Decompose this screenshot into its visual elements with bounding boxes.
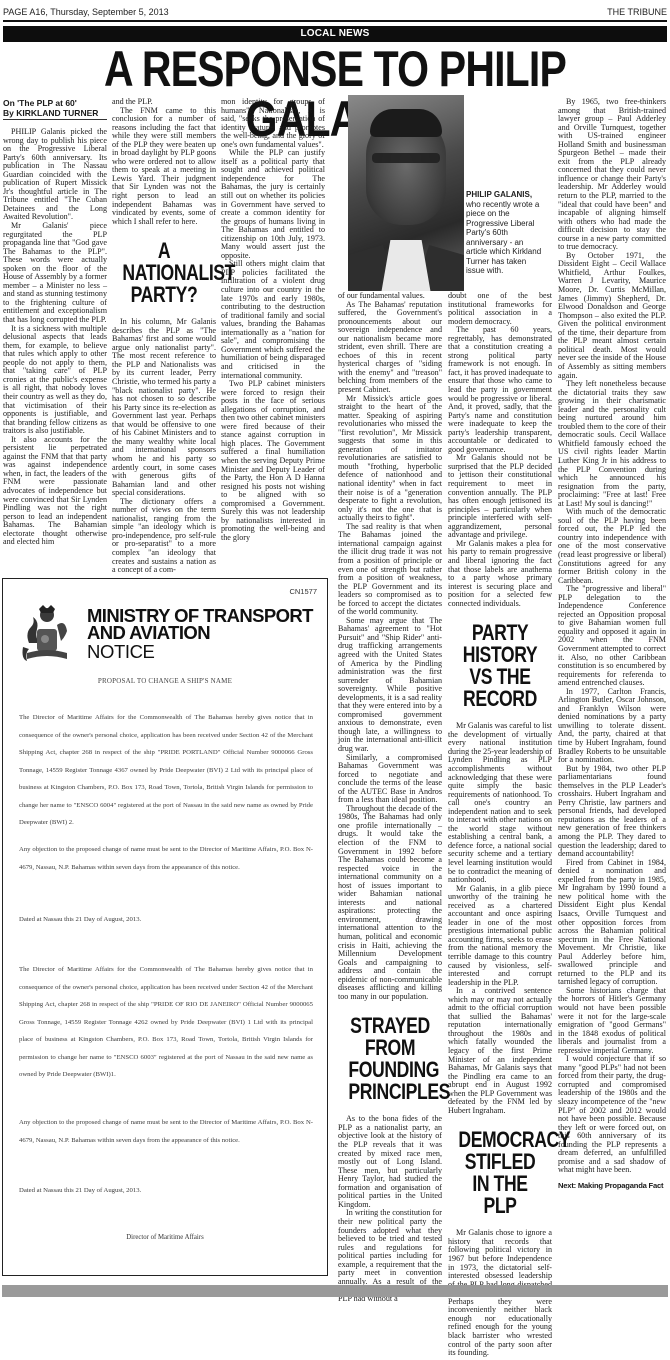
notice-paragraph-1: The Director of Maritime Affairs for the… <box>19 709 313 832</box>
objection-paragraph-1: Any objection to the proposed change of … <box>19 841 313 876</box>
article-column-3: mon identity for groups of humans". Nati… <box>221 98 325 576</box>
paragraph: The FNM came to this conclusion for a nu… <box>112 107 216 227</box>
paragraph: By October 1971, the Dissident Eight – C… <box>558 252 666 380</box>
next-article-teaser: Next: Making Propaganda Fact <box>558 1181 666 1191</box>
paragraph: Throughout the decade of the 1980s, The … <box>338 805 442 1002</box>
article-column-5: doubt one of the best institutional fram… <box>448 292 552 1358</box>
paragraph: mon identity for groups of humans". Nati… <box>221 98 325 149</box>
paragraph: The "progressive and liberal" PLP delega… <box>558 585 666 688</box>
caption-name: PHILIP GALANIS, <box>466 190 532 199</box>
paragraph: Fired from Cabinet in 1984, denied a nom… <box>558 859 666 987</box>
caption-text: who recently wrote a piece on the Progre… <box>466 200 541 276</box>
bahamas-coat-of-arms-icon <box>21 603 71 665</box>
section-label: LOCAL NEWS <box>3 26 667 42</box>
objection-paragraph-2: Any objection to the proposed change of … <box>19 1114 313 1149</box>
notice-signature: Director of Maritime Affairs <box>3 1234 327 1241</box>
photo-hair <box>370 109 442 137</box>
page-footer-band <box>2 1285 668 1297</box>
paragraph: With much of the democratic soul of the … <box>558 508 666 585</box>
paragraph: In a contrived sentence which may or may… <box>448 987 552 1115</box>
photo-shirt <box>380 240 432 291</box>
paragraph: Mr Galanis' piece regurgitated the PLP p… <box>3 222 107 325</box>
subhead-democracy-stifled: DEMOCRACY STIFLED IN THE PLP <box>458 1129 541 1217</box>
photo-glasses <box>372 153 440 163</box>
paragraph: Some historians charge that the horrors … <box>558 987 666 1055</box>
paragraph: They left nonetheless because the dictat… <box>558 380 666 508</box>
dated-line-2: Dated at Nassau this 21 Day of August, 2… <box>19 1182 313 1200</box>
paragraph: The past 60 years, regrettably, has demo… <box>448 326 552 454</box>
newspaper-name: THE TRIBUNE <box>607 7 667 17</box>
paragraph: Two PLP cabinet ministers were forced to… <box>221 380 325 542</box>
subhead-strayed-from-founding-principles: STRAYED FROM FOUNDING PRINCIPLES <box>348 1015 431 1103</box>
paragraph: In his column, Mr Galanis describes the … <box>112 318 216 497</box>
advert-code: CN1577 <box>289 587 317 596</box>
paragraph: Mr Galanis, in a glib piece unworthy of … <box>448 885 552 988</box>
paragraph: But by 1984, two other PLP parliamentari… <box>558 765 666 859</box>
ministry-name-line-2: AND AVIATION <box>87 624 313 641</box>
notice-title: NOTICE <box>87 643 155 661</box>
notice-subject: PROPOSAL TO CHANGE A SHIP'S NAME <box>3 677 327 685</box>
article-byline: By KIRKLAND TURNER <box>3 108 107 120</box>
top-rule <box>3 20 667 22</box>
article-column-2: and the PLP. The FNM came to this conclu… <box>112 98 216 575</box>
article-kicker: On 'The PLP at 60' <box>3 98 107 108</box>
paragraph: Some may argue that The Bahamas' agreeme… <box>338 617 442 754</box>
paragraph: doubt one of the best institutional fram… <box>448 292 552 326</box>
paragraph: It also accounts for the persistent lie … <box>3 436 107 547</box>
ministry-name: MINISTRY OF TRANSPORT AND AVIATION <box>87 607 313 641</box>
notice-paragraph-2: The Director of Maritime Affairs for the… <box>19 961 313 1084</box>
paragraph: I would conjecture that if so many "good… <box>558 1055 666 1175</box>
paragraph: PHILIP Galanis picked the wrong day to p… <box>3 128 107 222</box>
paragraph: As The Bahamas' reputation suffered, the… <box>338 301 442 395</box>
paragraph: By 1965, two free-thinkers among that Br… <box>558 98 666 252</box>
paragraph: Mr Missick's article goes straight to th… <box>338 395 442 523</box>
ministry-notice-advert: CN1577 MINISTRY OF TRANSPORT AND AVIATIO… <box>2 578 328 1276</box>
paragraph: The sad reality is that when The Bahamas… <box>338 523 442 617</box>
portrait-photo <box>348 95 464 291</box>
paragraph: Mr Galanis should not be surprised that … <box>448 454 552 539</box>
paragraph: As to the bona fides of the PLP as a nat… <box>338 1115 442 1209</box>
paragraph: Similarly, a compromised Bahamas Governm… <box>338 754 442 805</box>
article-column-1: On 'The PLP at 60' By KIRKLAND TURNER PH… <box>3 98 107 547</box>
paragraph: Mr Galanis makes a plea for his party to… <box>448 540 552 608</box>
dated-line-1: Dated at Nassau this 21 Day of August, 2… <box>19 911 313 929</box>
paragraph: Mr Galanis was careful to list the devel… <box>448 722 552 884</box>
paragraph: The dictionary offers a number of views … <box>112 498 216 575</box>
subhead-nationalist-party: A NATIONALIST PARTY? <box>122 240 205 306</box>
subhead-party-history: PARTY HISTORY VS THE RECORD <box>458 622 541 710</box>
paragraph: It is a sickness with multiple delusiona… <box>3 325 107 436</box>
paragraph: Still others might claim that PLP polici… <box>221 260 325 380</box>
article-column-6: By 1965, two free-thinkers among that Br… <box>558 98 666 1191</box>
photo-caption: PHILIP GALANIS, who recently wrote a pie… <box>466 190 542 276</box>
paragraph: In 1977, Carlton Francis, Arlington Butl… <box>558 688 666 765</box>
paragraph: While the PLP can justify itself as a po… <box>221 149 325 260</box>
article-column-4: of our fundamental values. As The Bahama… <box>338 292 442 1303</box>
page-folio: PAGE A16, Thursday, September 5, 2013 <box>3 7 169 17</box>
